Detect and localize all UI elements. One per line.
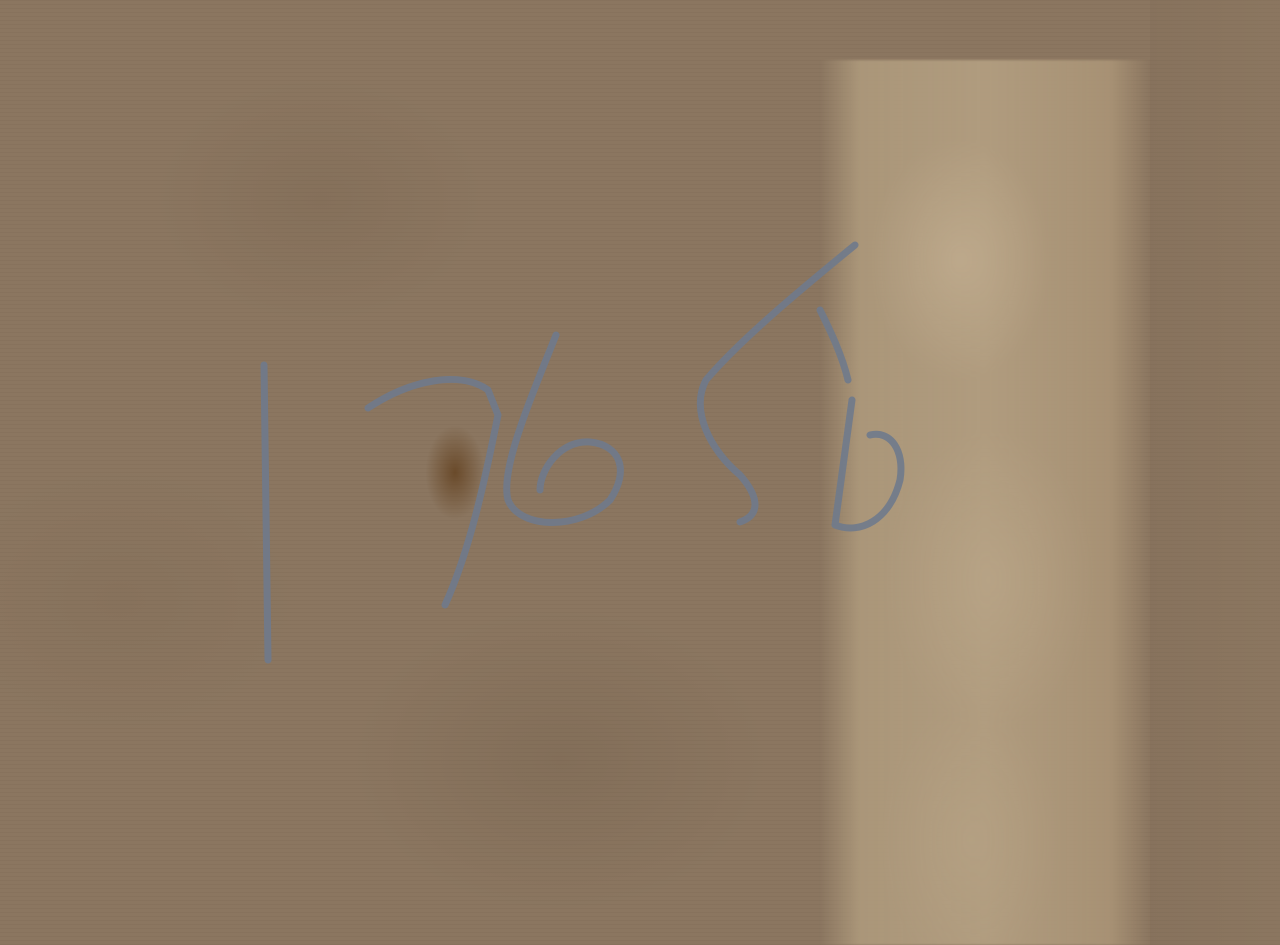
cardboard-right-edge [1150, 0, 1280, 945]
pencil-inscription: 1 765b [240, 230, 940, 680]
digit-1-stroke [264, 365, 268, 660]
digit-5-top-stroke [820, 310, 848, 380]
cardboard-photo: 1 765b [0, 0, 1280, 945]
digit-7-stroke [368, 380, 498, 605]
letter-b-stroke [835, 400, 901, 528]
digit-5-stroke [700, 245, 855, 522]
handwriting-strokes [240, 230, 940, 680]
digit-6-stroke [507, 335, 621, 523]
